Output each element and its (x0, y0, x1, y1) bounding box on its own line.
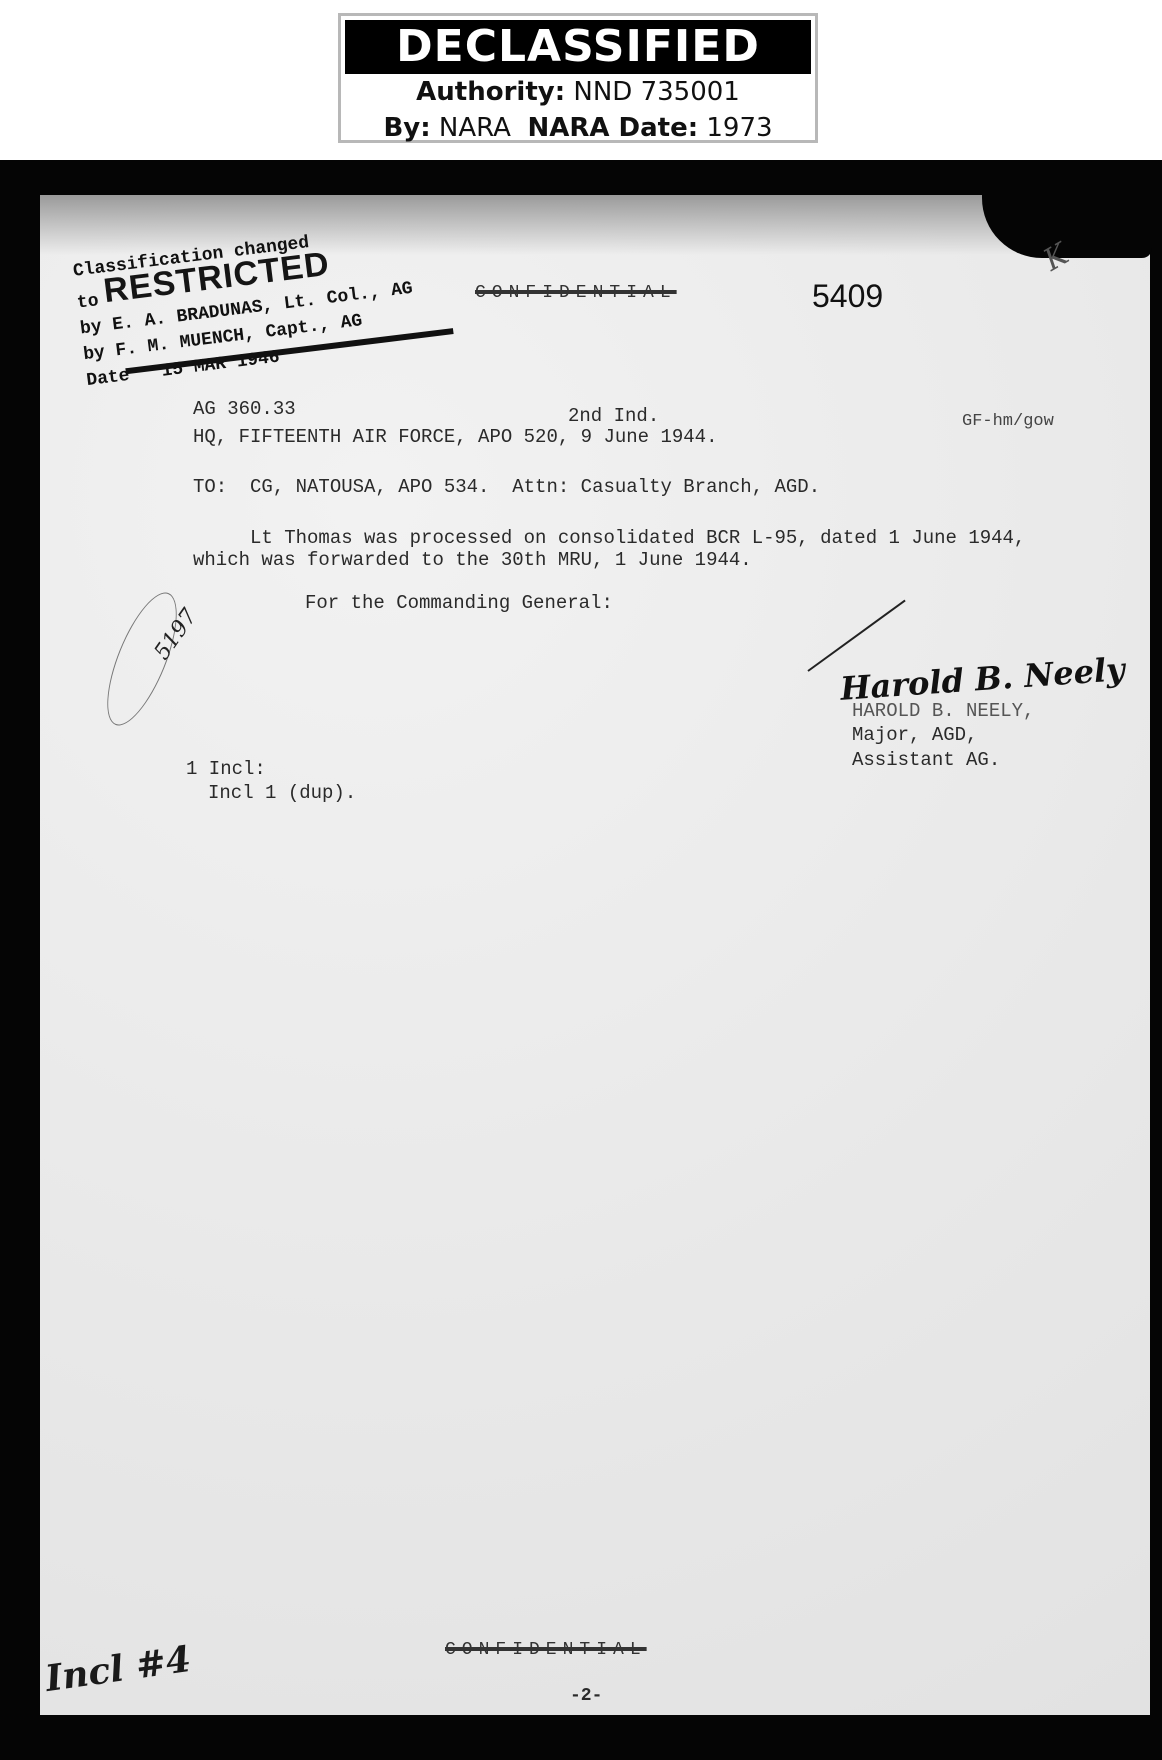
banner-title: DECLASSIFIED (345, 20, 811, 74)
stamp-to: to (76, 291, 100, 313)
document-number: 5409 (812, 278, 883, 315)
indorsement: 2nd Ind. (568, 405, 659, 427)
paragraph-line-2: which was forwarded to the 30th MRU, 1 J… (193, 549, 752, 571)
origin-line: HQ, FIFTEENTH AIR FORCE, APO 520, 9 June… (193, 426, 718, 448)
signer-title: Assistant AG. (852, 749, 1000, 771)
paragraph-line-1: Lt Thomas was processed on consolidated … (193, 527, 1025, 549)
page-number: -2- (570, 1686, 602, 1706)
signer-name: HAROLD B. NEELY, (852, 700, 1034, 722)
declassified-banner: DECLASSIFIED Authority: NND 735001 By: N… (338, 13, 818, 143)
closing-line: For the Commanding General: (305, 592, 613, 614)
enclosure-item: Incl 1 (dup). (208, 782, 356, 804)
torn-corner (982, 178, 1152, 258)
reference-code: GF-hm/gow (962, 412, 1054, 431)
classification-bottom: CONFIDENTIAL (445, 1640, 647, 1660)
banner-by-date: By: NARA NARA Date: 1973 (341, 110, 815, 146)
classification-top: CONFIDENTIAL (475, 283, 677, 303)
enclosure-label: 1 Incl: (186, 758, 266, 780)
banner-authority: Authority: NND 735001 (341, 74, 815, 110)
signer-rank: Major, AGD, (852, 724, 977, 746)
file-reference: AG 360.33 (193, 398, 296, 420)
to-line: TO: CG, NATOUSA, APO 534. Attn: Casualty… (193, 476, 820, 498)
